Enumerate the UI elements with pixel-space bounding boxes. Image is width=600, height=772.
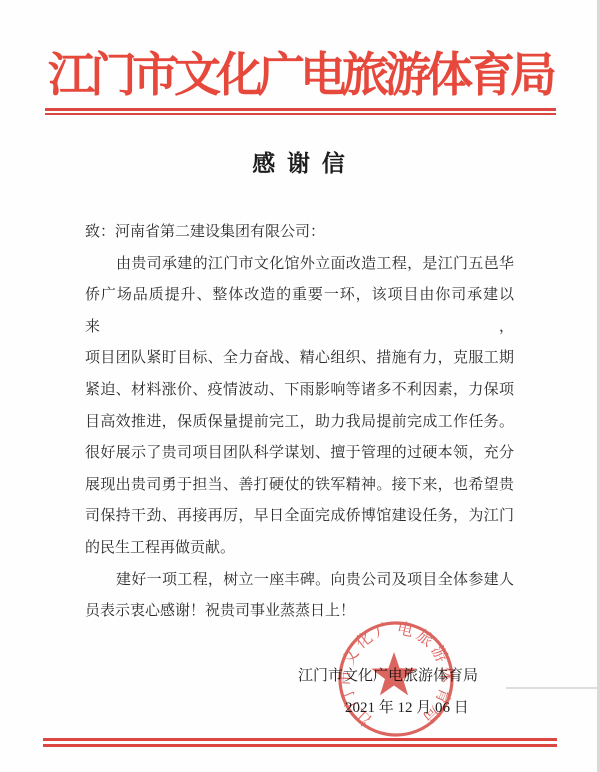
- body-line: 项目团队紧盯目标、全力奋战、精心组织、措施有力，克服工期: [85, 343, 514, 375]
- body-line: 目高效推进，保质保量提前完工，助力我局提前完成工作任务。: [85, 407, 514, 439]
- seal-star-icon: [371, 652, 417, 695]
- body-line: 紧迫、材料涨价、疫情波动、下雨影响等诸多不利因素，力保项: [85, 375, 514, 407]
- body-line: 展现出贵司勇于担当、善打硬仗的铁军精神。接下来，也希望贵: [85, 470, 514, 502]
- footer-divider-line-top: [43, 738, 557, 741]
- agency-letterhead-title: 江门市文化广电旅游体育局: [0, 38, 600, 105]
- body-line: 侨广场品质提升、整体改造的重要一环，该项目由你司承建以来，: [85, 280, 514, 343]
- body-line: 建好一项工程，树立一座丰碑。向贵公司及项目全体参建人: [85, 565, 514, 597]
- letter-title: 感 谢 信: [0, 145, 600, 178]
- body-line: 很好展示了贵司项目团队科学谋划、擅于管理的过硬本领，充分: [85, 438, 514, 470]
- official-seal-stamp: 江门市文化广电旅游体育局: [331, 614, 461, 744]
- letterhead-divider-line-thick: [45, 108, 556, 111]
- letter-body: 致：河南省第二建设集团有限公司： 由贵司承建的江门市文化馆外立面改造工程，是江门…: [85, 217, 514, 628]
- scan-artifact-line: [506, 687, 600, 689]
- body-line: 由贵司承建的江门市文化馆外立面改造工程，是江门五邑华: [85, 249, 514, 281]
- scanned-letter-page: 江门市文化广电旅游体育局 感 谢 信 致：河南省第二建设集团有限公司： 由贵司承…: [0, 0, 600, 772]
- salutation-line: 致：河南省第二建设集团有限公司：: [85, 217, 514, 249]
- body-line: 司保持干劲、再接再厉，早日全面完成侨博馆建设任务，为江门: [85, 501, 514, 533]
- letterhead-divider-line-thin: [45, 113, 556, 115]
- footer-divider-line-bottom: [43, 744, 557, 747]
- body-line: 的民生工程再做贡献。: [85, 533, 514, 565]
